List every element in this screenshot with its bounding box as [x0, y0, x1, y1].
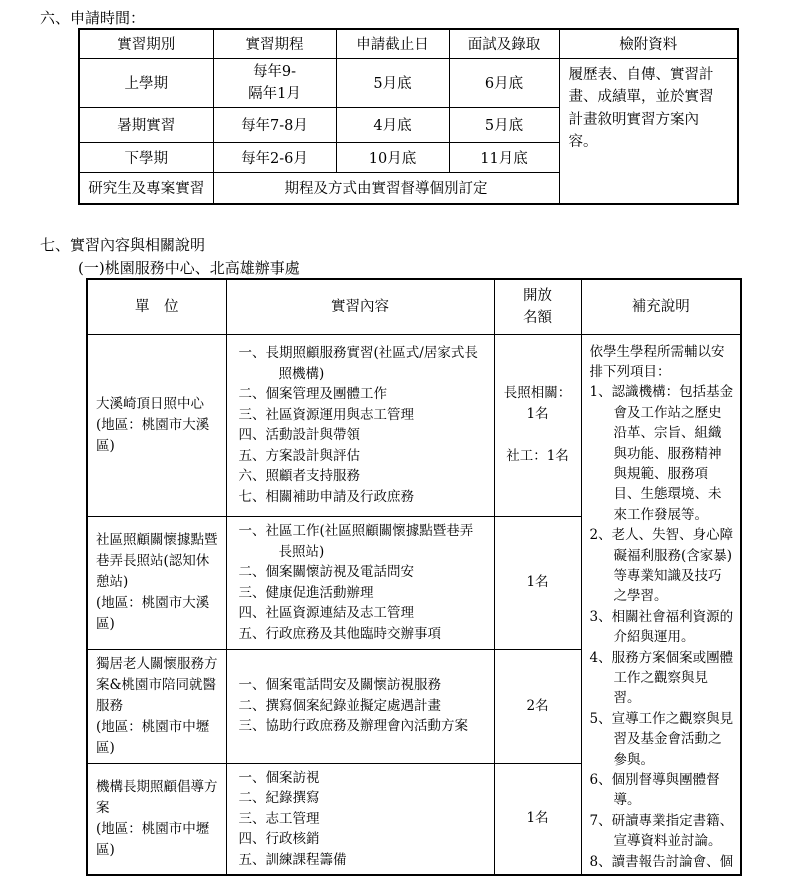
note-item: 6、個別督導與團體督導。 [590, 770, 735, 811]
col-header-period: 實習期別 [79, 29, 213, 58]
content-item: 四、活動設計與帶領 [239, 425, 486, 446]
period-cell: 下學期 [79, 142, 213, 172]
unit-cell: 機構長期照顧倡導方案 (地區：桃園市中壢區) [87, 763, 226, 875]
col-header-deadline: 申請截止日 [336, 29, 449, 58]
table-header-row: 實習期別 實習期程 申請截止日 面試及錄取 檢附資料 [79, 29, 738, 58]
deadline-cell: 10月底 [336, 142, 449, 172]
unit-cell: 獨居老人關懷服務方案&桃園市陪同就醫服務 (地區：桃園市中壢區) [87, 649, 226, 763]
content-item: 二、個案管理及團體工作 [239, 384, 486, 405]
quota-cell: 長照相關： 1名 社工：1名 [494, 334, 581, 516]
content-cell: 一、個案訪視 二、紀錄撰寫 三、志工管理 四、行政核銷 五、訓練課程籌備 [226, 763, 494, 875]
col-header-schedule: 實習期程 [213, 29, 336, 58]
document-page: 六、申請時間： 實習期別 實習期程 申請截止日 面試及錄取 檢附資料 上學期 每… [0, 0, 800, 889]
special-note-cell: 期程及方式由實習督導個別訂定 [213, 172, 559, 204]
table-row: 大溪崎頂日照中心 (地區：桃園市大溪區) 一、長期照顧服務實習(社區式/居家式長… [87, 334, 741, 516]
section7-heading: 七、實習內容與相關說明 [40, 234, 205, 255]
deadline-cell: 4月底 [336, 107, 449, 142]
note-item: 2、老人、失智、身心障礙福利服務(含家暴)等專業知識及技巧之學習。 [590, 525, 735, 607]
col-header-notes: 補充說明 [581, 279, 741, 334]
unit-cell: 社區照顧關懷據點暨巷弄長照站(認知休憩站) (地區：桃園市大溪區) [87, 516, 226, 649]
content-item: 二、撰寫個案紀錄並擬定處遇計畫 [239, 696, 486, 717]
note-item: 1、認識機構：包括基金會及工作站之歷史沿革、宗旨、組織與功能、服務精神與規範、服… [590, 382, 735, 525]
schedule-cell: 每年2-6月 [213, 142, 336, 172]
quota-cell: 2名 [494, 649, 581, 763]
content-item: 一、長期照顧服務實習(社區式/居家式長照機構) [239, 343, 486, 384]
content-item: 三、志工管理 [239, 809, 486, 830]
note-item: 7、研讀專業指定書籍、宣導資料並討論。 [590, 811, 735, 852]
unit-cell: 大溪崎頂日照中心 (地區：桃園市大溪區) [87, 334, 226, 516]
content-item: 一、個案電話問安及關懷訪視服務 [239, 675, 486, 696]
schedule-cell: 每年7-8月 [213, 107, 336, 142]
table-header-row: 單 位 實習內容 開放 名額 補充說明 [87, 279, 741, 334]
note-item: 4、服務方案個案或團體工作之觀察與見習。 [590, 648, 735, 709]
col-header-interview: 面試及錄取 [449, 29, 559, 58]
deadline-cell: 5月底 [336, 58, 449, 107]
quota-cell: 1名 [494, 763, 581, 875]
application-time-table: 實習期別 實習期程 申請截止日 面試及錄取 檢附資料 上學期 每年9- 隔年1月… [78, 28, 739, 205]
content-item: 五、方案設計與評估 [239, 446, 486, 467]
internship-content-table: 單 位 實習內容 開放 名額 補充說明 大溪崎頂日照中心 (地區：桃園市大溪區)… [86, 278, 742, 876]
period-cell: 上學期 [79, 58, 213, 107]
content-item: 四、社區資源連結及志工管理 [239, 603, 486, 624]
content-item: 二、個案關懷訪視及電話問安 [239, 562, 486, 583]
content-item: 四、行政核銷 [239, 829, 486, 850]
content-item: 三、健康促進活動辦理 [239, 583, 486, 604]
period-cell: 暑期實習 [79, 107, 213, 142]
content-cell: 一、個案電話問安及關懷訪視服務 二、撰寫個案紀錄並擬定處遇計畫 三、協助行政庶務… [226, 649, 494, 763]
section7-subheading: (一)桃園服務中心、北高雄辦事處 [78, 257, 300, 278]
notes-intro: 依學生學程所需輔以安排下列項目： [590, 342, 735, 383]
interview-cell: 6月底 [449, 58, 559, 107]
content-cell: 一、長期照顧服務實習(社區式/居家式長照機構) 二、個案管理及團體工作 三、社區… [226, 334, 494, 516]
period-cell: 研究生及專案實習 [79, 172, 213, 204]
col-header-unit: 單 位 [87, 279, 226, 334]
content-item: 五、行政庶務及其他臨時交辦事項 [239, 624, 486, 645]
section6-heading: 六、申請時間： [40, 7, 145, 28]
content-item: 一、個案訪視 [239, 768, 486, 789]
col-header-content: 實習內容 [226, 279, 494, 334]
content-item: 一、社區工作(社區照顧關懷據點暨巷弄長照站) [239, 521, 486, 562]
notes-cell: 依學生學程所需輔以安排下列項目： 1、認識機構：包括基金會及工作站之歷史沿革、宗… [581, 334, 741, 875]
schedule-cell: 每年9- 隔年1月 [213, 58, 336, 107]
content-item: 七、相關補助申請及行政庶務 [239, 487, 486, 508]
content-item: 六、照顧者支持服務 [239, 466, 486, 487]
note-item: 3、相關社會福利資源的介紹與運用。 [590, 607, 735, 648]
col-header-documents: 檢附資料 [559, 29, 738, 58]
documents-cell: 履歷表、自傳、實習計畫、成績單，並於實習計畫敘明實習方案內容。 [559, 58, 738, 204]
table-row: 上學期 每年9- 隔年1月 5月底 6月底 履歷表、自傳、實習計畫、成績單，並於… [79, 58, 738, 107]
content-item: 三、社區資源運用與志工管理 [239, 405, 486, 426]
content-cell: 一、社區工作(社區照顧關懷據點暨巷弄長照站) 二、個案關懷訪視及電話問安 三、健… [226, 516, 494, 649]
content-item: 三、協助行政庶務及辦理會內活動方案 [239, 716, 486, 737]
col-header-quota: 開放 名額 [494, 279, 581, 334]
interview-cell: 5月底 [449, 107, 559, 142]
note-item: 5、宣導工作之觀察與見習及基金會活動之參與。 [590, 709, 735, 770]
note-item: 8、讀書報告討論會、個 [590, 852, 735, 872]
content-item: 二、紀錄撰寫 [239, 788, 486, 809]
quota-cell: 1名 [494, 516, 581, 649]
content-item: 五、訓練課程籌備 [239, 850, 486, 871]
interview-cell: 11月底 [449, 142, 559, 172]
